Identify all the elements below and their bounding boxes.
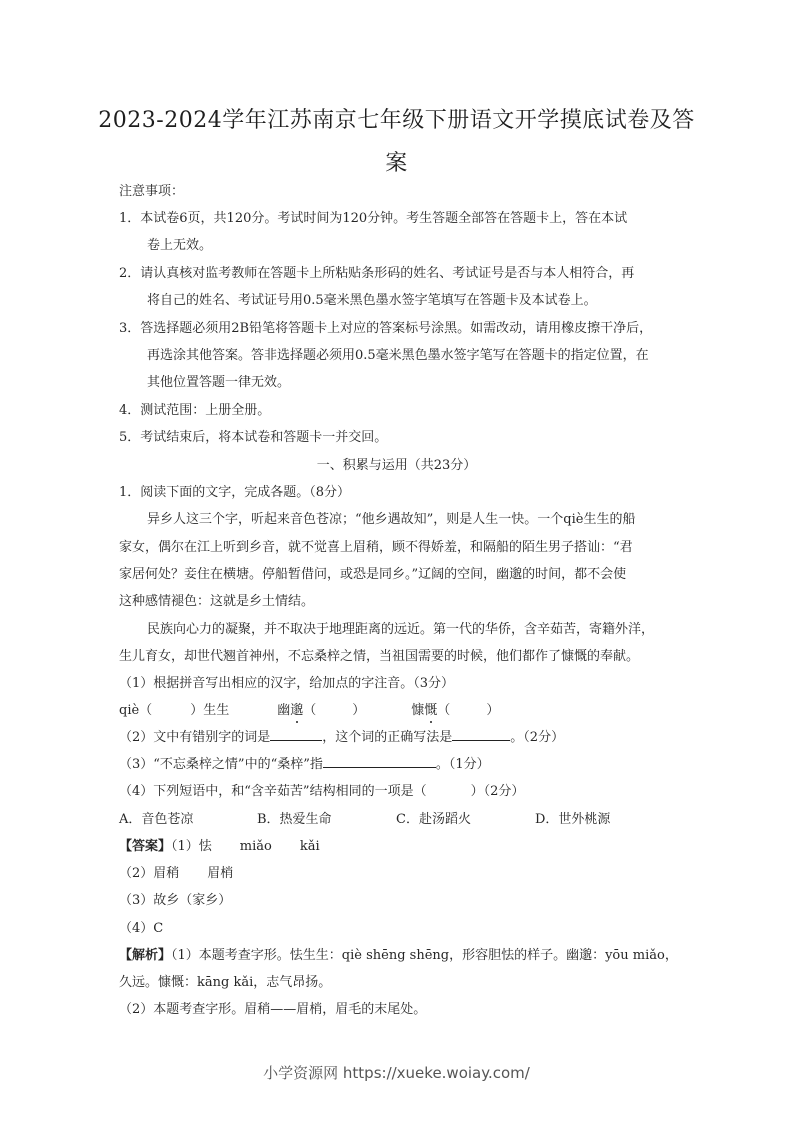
notice-3-line2: 再选涂其他答案。答非选择题必须用0.5毫米黑色墨水签字笔写在答题卡的指定位置，在	[147, 344, 649, 363]
options-row: A．音色苍凉B．热爱生命C．赴汤蹈火D．世外桃源	[119, 808, 610, 827]
answer-2b: 眉梢	[207, 866, 233, 881]
document-title-line1: 2023-2024学年江苏南京七年级下册语文开学摸底试卷及答	[0, 103, 793, 134]
document-title-line2: 案	[0, 146, 793, 177]
notice-2-line1: 2．请认真核对监考教师在答题卡上所粘贴条形码的姓名、考试证号是否与本人相符合，再	[119, 262, 634, 281]
item-b-paren-close: ）	[352, 703, 365, 718]
notice-5: 5．考试结束后，将本试卷和答题卡一并交回。	[119, 426, 387, 445]
sub-question-1-prompt: （1）根据拼音写出相应的汉字，给加点的字注音。（3分）	[119, 672, 454, 691]
sub-question-2-points: 。（2分）	[510, 730, 564, 745]
question-1-stem: 1．阅读下面的文字，完成各题。（8分）	[119, 481, 350, 500]
passage-line: 民族向心力的凝聚，并不取决于地理距离的远近。第一代的华侨，含辛茹苦，寄籍外洋，	[147, 618, 654, 637]
sub-question-4: （4）下列短语中，和“含辛茹苦”结构相同的一项是（）（2分）	[119, 780, 524, 799]
answer-label: 【答案】	[119, 839, 171, 854]
option-a: A．音色苍凉	[119, 808, 257, 827]
item-b-paren-open: （	[303, 703, 316, 718]
footer-watermark: 小学资源网 https://xueke.woiay.com/	[0, 1062, 793, 1083]
document-page: 2023-2024学年江苏南京七年级下册语文开学摸底试卷及答 案 注意事项： 1…	[0, 0, 793, 1122]
sub-question-2-text: （2）文中有错别字的词是	[119, 730, 270, 745]
notice-heading: 注意事项：	[119, 180, 184, 199]
sub-question-4-text: （4）下列短语中，和“含辛茹苦”结构相同的一项是（	[119, 784, 427, 799]
answer-line-2: （2）眉稍眉梢	[119, 862, 233, 881]
analysis-text: （1）本题考查字形。怯生生：qiè shēng shēng，形容胆怯的样子。幽邈…	[171, 948, 678, 963]
notice-1-line2: 卷上无效。	[147, 234, 212, 253]
notice-3-line3: 其他位置答题一律无效。	[147, 371, 290, 390]
answer-1a: （1）怯	[171, 839, 212, 854]
option-c: C．赴汤蹈火	[396, 808, 535, 827]
answer-blank	[452, 728, 510, 741]
item-c-paren-close: ）	[486, 703, 499, 718]
sub-question-3-text: （3）“不忘桑梓之情”中的“桑梓”指	[119, 757, 323, 772]
item-a-close: ）生生	[190, 703, 229, 718]
answer-line-1: 【答案】（1）怯miǎokǎi	[119, 835, 320, 854]
answer-blank	[323, 755, 436, 768]
option-b: B．热爱生命	[257, 808, 396, 827]
sub-question-4-points: ）（2分）	[471, 784, 525, 799]
answer-line-4: （4）C	[119, 917, 163, 936]
passage-line: 家居何处？妾住在横塘。停船暂借问，或恐是同乡。”辽阔的空间，幽邈的时间，都不会使	[119, 563, 626, 582]
passage-line: 异乡人这三个字，听起来音色苍凉；“他乡遇故知”，则是人生一快。一个qiè生生的船	[147, 508, 635, 527]
analysis-line-3: （2）本题考查字形。眉稍——眉梢，眉毛的末尾处。	[119, 998, 426, 1017]
item-c-paren-open: （	[437, 703, 450, 718]
item-b-char: 幽	[277, 703, 290, 718]
passage-line: 这种感情褪色：这就是乡土情结。	[119, 590, 314, 609]
passage-line: 生儿育女，却世代翘首神州，不忘桑梓之情，当祖国需要的时候，他们都作了慷慨的奉献。	[119, 645, 639, 664]
item-c-dotted-char: 慨	[424, 703, 437, 718]
notice-2-line2: 将自己的姓名、考试证号用0.5毫米黑色墨水签字笔填写在答题卡及本试卷上。	[147, 289, 597, 308]
sub-question-3-points: 。（1分）	[436, 757, 490, 772]
sub-question-1-items: qiè（）生生幽邈（）慷慨（）	[119, 699, 499, 718]
sub-question-2: （2）文中有错别字的词是，这个词的正确写法是。（2分）	[119, 726, 564, 745]
item-c-char: 慷	[411, 703, 424, 718]
answer-2a: （2）眉稍	[119, 866, 179, 881]
notice-3-line1: 3．答选择题必须用2B铅笔将答题卡上对应的答案标号涂黑。如需改动，请用橡皮擦干净…	[119, 317, 652, 336]
answer-1c: kǎi	[300, 839, 320, 854]
analysis-label: 【解析】	[119, 948, 171, 963]
notice-1-line1: 1．本试卷6页，共120分。考试时间为120分钟。考生答题全部答在答题卡上，答在…	[119, 207, 627, 226]
analysis-line-1: 【解析】（1）本题考查字形。怯生生：qiè shēng shēng，形容胆怯的样…	[119, 944, 678, 963]
option-d: D．世外桃源	[535, 808, 610, 827]
passage-line: 家女，偶尔在江上听到乡音，就不觉喜上眉稍，顾不得娇羞，和隔船的陌生男子搭讪：“君	[119, 536, 633, 555]
item-a-pinyin: qiè（	[119, 703, 152, 718]
sub-question-2-text: ，这个词的正确写法是	[322, 730, 452, 745]
answer-1b: miǎo	[240, 839, 272, 854]
section-heading: 一、积累与运用（共23分）	[0, 454, 793, 473]
notice-4: 4．测试范围：上册全册。	[119, 399, 270, 418]
answer-line-3: （3）故乡（家乡）	[119, 889, 231, 908]
analysis-line-2: 久远。慷慨：kāng kǎi，志气昂扬。	[119, 971, 331, 990]
item-b-dotted-char: 邈	[290, 703, 303, 718]
answer-blank	[270, 728, 322, 741]
sub-question-3: （3）“不忘桑梓之情”中的“桑梓”指。（1分）	[119, 753, 490, 772]
